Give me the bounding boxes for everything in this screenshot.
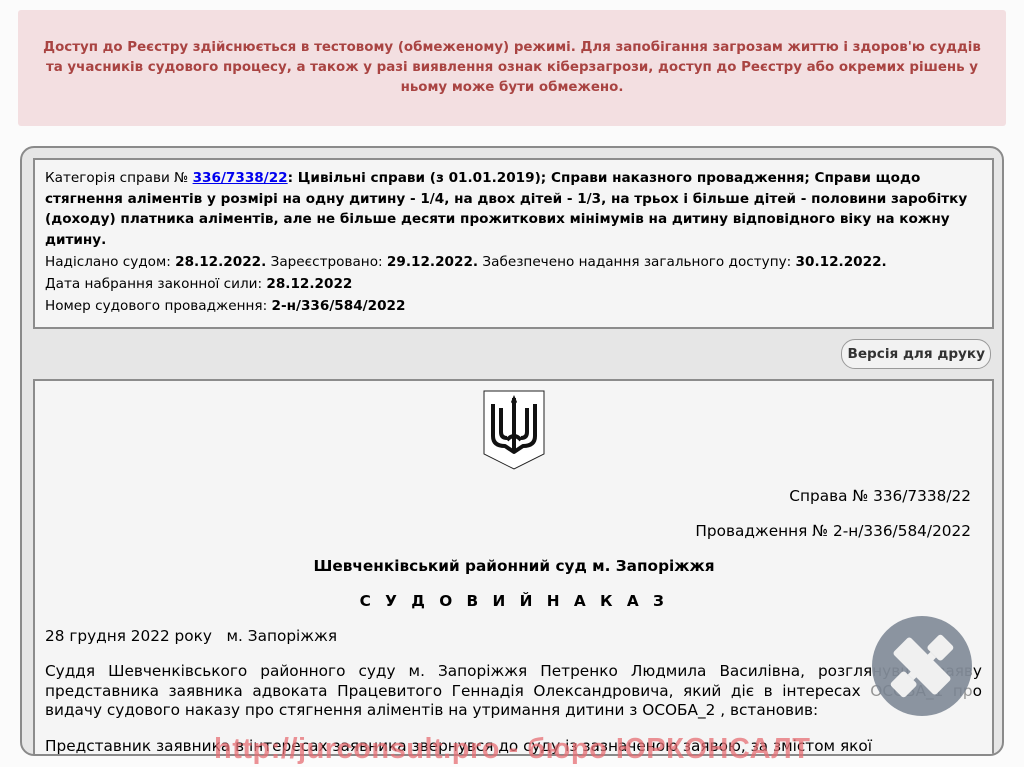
proceeding-number-row: Номер судового провадження: 2-н/336/584/… [45, 296, 982, 317]
date-place-line: 28 грудня 2022 року м. Запоріжжя [45, 627, 337, 647]
effective-date: 28.12.2022 [266, 276, 352, 292]
floating-widget-button[interactable] [871, 615, 973, 717]
case-info-panel: Категорія справи № 336/7338/22: Цивільні… [33, 158, 994, 329]
document-title: С У Д О В И Й Н А К А З [35, 592, 993, 612]
case-number-line: Справа № 336/7338/22 [789, 487, 971, 507]
paragraph-intro: Суддя Шевченківського районного суду м. … [45, 662, 982, 721]
proceeding-number: 2-н/336/584/2022 [272, 298, 406, 314]
print-version-button[interactable]: Версія для друку [841, 339, 991, 369]
access-notice-banner: Доступ до Реєстру здійснюється в тестово… [18, 10, 1006, 126]
satellite-icon [872, 616, 972, 716]
case-category: Категорія справи № 336/7338/22: Цивільні… [45, 168, 982, 250]
sent-date: 28.12.2022. [175, 254, 266, 270]
decision-frame: Категорія справи № 336/7338/22: Цивільні… [20, 146, 1004, 756]
court-name: Шевченківський районний суд м. Запоріжжя [35, 557, 993, 577]
registered-date: 29.12.2022. [387, 254, 478, 270]
watermark-text: http://jurconsult.pro - бюро ЮРКОНСАЛТ [214, 733, 810, 766]
proceeding-number-line: Провадження № 2-н/336/584/2022 [695, 522, 971, 542]
case-number-link[interactable]: 336/7338/22 [193, 170, 288, 186]
effective-date-row: Дата набрання законної сили: 28.12.2022 [45, 274, 982, 295]
ukraine-coat-of-arms-icon [483, 390, 545, 470]
access-notice-text: Доступ до Реєстру здійснюється в тестово… [34, 38, 990, 98]
case-dates: Надіслано судом: 28.12.2022. Зареєстрова… [45, 252, 982, 273]
document-body: Справа № 336/7338/22 Провадження № 2-н/3… [33, 379, 994, 756]
public-access-date: 30.12.2022. [796, 254, 887, 270]
